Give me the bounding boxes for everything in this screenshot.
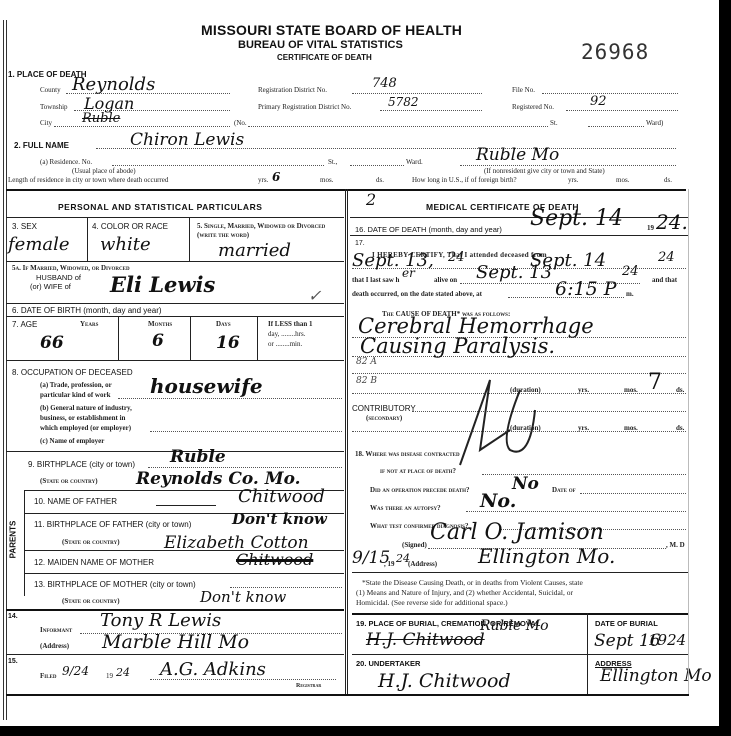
row-rule-5 [6, 261, 344, 262]
filed-num: 15. [8, 658, 18, 665]
last-saw-label: that I last saw h [352, 276, 399, 284]
attended-to-year: 24 [658, 250, 675, 265]
residence-label: (a) Residence. No. [40, 158, 92, 166]
occ-b-label-2: business, or establishment in [40, 414, 125, 422]
registered-no-value: 92 [590, 94, 607, 109]
length-ds-label: ds. [376, 176, 384, 184]
certificate-type: CERTIFICATE OF DEATH [277, 53, 372, 62]
row-rule-footnote [352, 613, 688, 615]
primary-reg-district-value: 5782 [388, 95, 419, 109]
birthplace-city-value: Ruble [170, 447, 226, 467]
age-months-value: 6 [152, 331, 164, 351]
race-label: 4. COLOR OR RACE [92, 222, 168, 231]
autopsy-label: Was there an autopsy? [370, 504, 441, 512]
signed-year-prefix: , 19 [384, 560, 395, 568]
primary-reg-district-label: Primary Registration District No. [258, 103, 351, 111]
undertaker-address-value: Ellington Mo [600, 666, 712, 686]
form-right-border [688, 189, 689, 694]
age-divider-2 [190, 316, 191, 360]
age-months-label: Months [148, 320, 172, 328]
registrar-value: A.G. Adkins [160, 659, 266, 680]
occ-a-line [118, 398, 342, 399]
foreign-mos-label: mos. [616, 176, 629, 184]
undertaker-value: H.J. Chitwood [378, 670, 511, 692]
and-that-label: and that [652, 276, 677, 284]
informant-num: 14. [8, 613, 18, 620]
father-birth-label: 11. BIRTHPLACE OF FATHER (city or town) [34, 520, 191, 529]
death-occurred-label: death occurred, on the date stated above… [352, 290, 482, 298]
secondary-label: (secondary) [366, 414, 402, 422]
footnote-2: (1) Means and Nature of Injury, and (2) … [356, 588, 573, 597]
primary-reg-district-line [380, 110, 482, 111]
mother-birth-state-label: (State or country) [62, 597, 120, 605]
informant-value: Tony R Lewis [100, 610, 221, 631]
attended-from-year: 24 [448, 250, 465, 265]
code-1: 82 A [356, 357, 377, 367]
filed-year-value: 24 [116, 666, 130, 679]
undertaker-label: 20. UNDERTAKER [356, 659, 420, 668]
dod-year-value: 24. [656, 210, 688, 234]
full-name-value: Chiron Lewis [130, 130, 244, 150]
scan-bottom-border [0, 726, 731, 736]
county-label: County [40, 86, 61, 94]
city-label: City [40, 119, 52, 127]
operation-label: Did an operation precede death? [370, 486, 470, 494]
father-value: Chitwood [238, 486, 325, 507]
row-rule-6 [6, 316, 344, 317]
marital-value: married [218, 240, 291, 261]
cause-2-value: Causing Paralysis. [360, 334, 555, 358]
county-value: Reynolds [72, 74, 155, 95]
length-residence-label: Length of residence in city or town wher… [8, 176, 168, 184]
marital-label: 5. Single, Married, Widowed or Divorced … [197, 222, 337, 240]
occ-b-label-1: (b) General nature of industry, [40, 404, 132, 412]
father-label: 10. NAME OF FATHER [34, 497, 117, 506]
age-divider-3 [257, 316, 258, 360]
row-rule-12 [24, 573, 344, 574]
signed-label: (Signed) [402, 541, 427, 549]
reg-district-label: Registration District No. [258, 86, 327, 94]
mother-label: 12. MAIDEN NAME OF MOTHER [34, 558, 154, 567]
foreign-ds-label: ds. [664, 176, 672, 184]
age-divider-1 [118, 316, 119, 360]
spouse-label-2: HUSBAND of [36, 273, 81, 282]
file-no-label: File No. [512, 86, 535, 94]
scrawl-mark-icon [440, 370, 560, 480]
less-than-label-1: If LESS than 1 [268, 320, 313, 328]
alive-on-label: alive on [434, 276, 457, 284]
footnote-3: Homicidal. (See reverse side for additio… [356, 598, 508, 607]
occ-c-label: (c) Name of employer [40, 437, 104, 445]
code-2: 82 B [356, 376, 377, 386]
sex-value: female [8, 234, 70, 255]
birthplace-state-label: (State or country) [40, 477, 98, 485]
bureau-title: BUREAU OF VITAL STATISTICS [238, 39, 403, 51]
date-of-line [580, 493, 686, 494]
age-days-label: Days [216, 320, 231, 328]
signed-name-value: Carl O. Jamison [430, 520, 604, 545]
registered-no-label: Registered No. [512, 103, 554, 111]
usual-abode-note: (Usual place of abode) [72, 167, 136, 175]
contracted-label: 18. Where was disease contracted [355, 450, 460, 458]
last-saw-date: Sept. 13 [476, 262, 552, 283]
dod-year-prefix: 19 [647, 224, 654, 232]
race-marital-divider [189, 217, 190, 261]
city-value: Ruble [82, 111, 120, 126]
signed-address-label: (Address) [408, 560, 437, 568]
city-line [54, 126, 230, 127]
last-saw-pronoun: er [402, 266, 415, 280]
contributory-label: CONTRIBUTORY [352, 404, 416, 413]
residence-ward-line [350, 165, 404, 166]
row-rule-19 [352, 654, 688, 655]
date-of-label: Date of [552, 486, 576, 494]
row-rule-16 [350, 235, 688, 236]
race-value: white [100, 234, 151, 255]
burial-date-label: DATE OF BURIAL [595, 619, 658, 628]
residence-ward-label: Ward. [406, 158, 423, 166]
less-than-label-3: or ........min. [268, 340, 302, 348]
registered-no-line [566, 110, 678, 111]
parents-divider [24, 490, 25, 596]
sex-label: 3. SEX [12, 222, 37, 231]
residence-value: Ruble Mo [476, 145, 559, 165]
personal-heading: PERSONAL AND STATISTICAL PARTICULARS [58, 202, 262, 212]
row-rule-14 [6, 654, 344, 655]
registrar-label: Registrar [296, 683, 321, 689]
length-yrs-value: 6 [272, 170, 280, 184]
spouse-label-1: 5a. If Married, Widowed, or Divorced [12, 264, 130, 272]
occ-a-label-1: (a) Trade, profession, or [40, 381, 112, 389]
burial-year-value: 1924 [648, 631, 686, 649]
file-no-line [542, 93, 678, 94]
father-birth-city-value: Don't know [232, 510, 327, 528]
signed-address-value: Ellington Mo. [478, 544, 615, 568]
occ-b-label-3: which employed (or employer) [40, 424, 131, 432]
autopsy-value: No. [480, 490, 516, 512]
row-rule-signed [352, 572, 688, 573]
row-rule-7 [6, 360, 344, 361]
informant-label: Informant [40, 626, 72, 634]
age-label: 7. AGE [12, 320, 37, 329]
township-label: Township [40, 103, 68, 111]
footnote-1: *State the Disease Causing Death, or in … [362, 578, 583, 587]
occ-b-line [150, 431, 342, 432]
reg-district-value: 748 [372, 76, 397, 91]
mother-birth-label: 13. BIRTHPLACE OF MOTHER (city or town) [34, 580, 196, 589]
duration-days-value: 7 [648, 370, 662, 395]
attended-from-value: Sept. 13, [352, 250, 434, 271]
heading-mark: 2 [366, 190, 376, 209]
residence-st-label: St., [328, 158, 337, 166]
spouse-label-3: (or) WIFE of [30, 282, 71, 291]
mother-struck-value: Chitwood [236, 550, 313, 569]
burial-place-struck: H.J. Chitwood [366, 630, 485, 650]
occupation-value: housewife [150, 374, 263, 398]
mother-birth-state-value: Don't know [200, 588, 286, 606]
full-name-label: 2. FULL NAME [14, 141, 69, 150]
not-at-place-label: if not at place of death? [380, 467, 456, 475]
foreign-birth-label: How long in U.S., if of foreign birth? [412, 176, 517, 184]
left-border-line [3, 20, 7, 720]
scan-right-border [719, 0, 731, 736]
column-divider [345, 189, 348, 694]
sex-race-divider [87, 217, 88, 261]
m-label: m. [626, 290, 634, 298]
street-st-label: St. [550, 119, 558, 127]
street-line [248, 126, 548, 127]
birthplace-label: 9. BIRTHPLACE (city or town) [28, 460, 135, 469]
less-than-label-2: day, ........hrs. [268, 330, 305, 338]
informant-address-label: (Address) [40, 642, 69, 650]
father-line [156, 505, 216, 506]
age-years-label: Years [80, 320, 98, 328]
personal-heading-rule [6, 217, 344, 218]
dod-label: 16. DATE OF DEATH (month, day and year) [355, 225, 502, 234]
row-rule-5a [6, 303, 344, 304]
parents-label: PARENTS [8, 521, 17, 559]
birthplace-city-line [148, 467, 342, 468]
occ-a-label-2: particular kind of work [40, 391, 110, 399]
residence-city-line [460, 165, 676, 166]
death-time-value: 6:15 P [555, 278, 617, 300]
nonresident-note: (If nonresident give city or town and St… [484, 167, 605, 175]
burial-place-value: Ruble Mo [480, 618, 549, 634]
board-title: MISSOURI STATE BOARD OF HEALTH [201, 22, 462, 38]
length-yrs-label: yrs. [258, 176, 268, 184]
bottom-rule [6, 694, 689, 696]
medical-heading-rule [350, 217, 688, 218]
spouse-value: Eli Lewis [110, 272, 215, 297]
certificate-number: 26968 [581, 40, 649, 64]
filed-year-prefix: 19 [106, 672, 113, 680]
foreign-yrs-label: yrs. [568, 176, 578, 184]
occupation-label: 8. OCCUPATION OF DECEASED [12, 368, 133, 377]
filed-label: Filed [40, 672, 57, 680]
street-no-label: (No. [234, 119, 247, 127]
dob-label: 6. DATE OF BIRTH (month, day and year) [12, 306, 162, 315]
residence-street-line [112, 165, 324, 166]
cert-num: 17. [355, 240, 365, 247]
informant-address-value: Marble Hill Mo [102, 631, 249, 653]
last-saw-year: 24 [622, 264, 639, 279]
length-mos-label: mos. [320, 176, 333, 184]
reg-district-line [352, 93, 482, 94]
dod-value: Sept. 14 [530, 206, 623, 231]
filed-date-value: 9/24 [62, 664, 89, 678]
age-days-value: 16 [216, 333, 240, 353]
ward-label: Ward) [646, 119, 663, 127]
father-birth-state-label: (State or country) [62, 538, 120, 546]
age-years-value: 66 [40, 333, 64, 353]
ward-line [588, 126, 644, 127]
md-label: , M. D [666, 541, 685, 549]
